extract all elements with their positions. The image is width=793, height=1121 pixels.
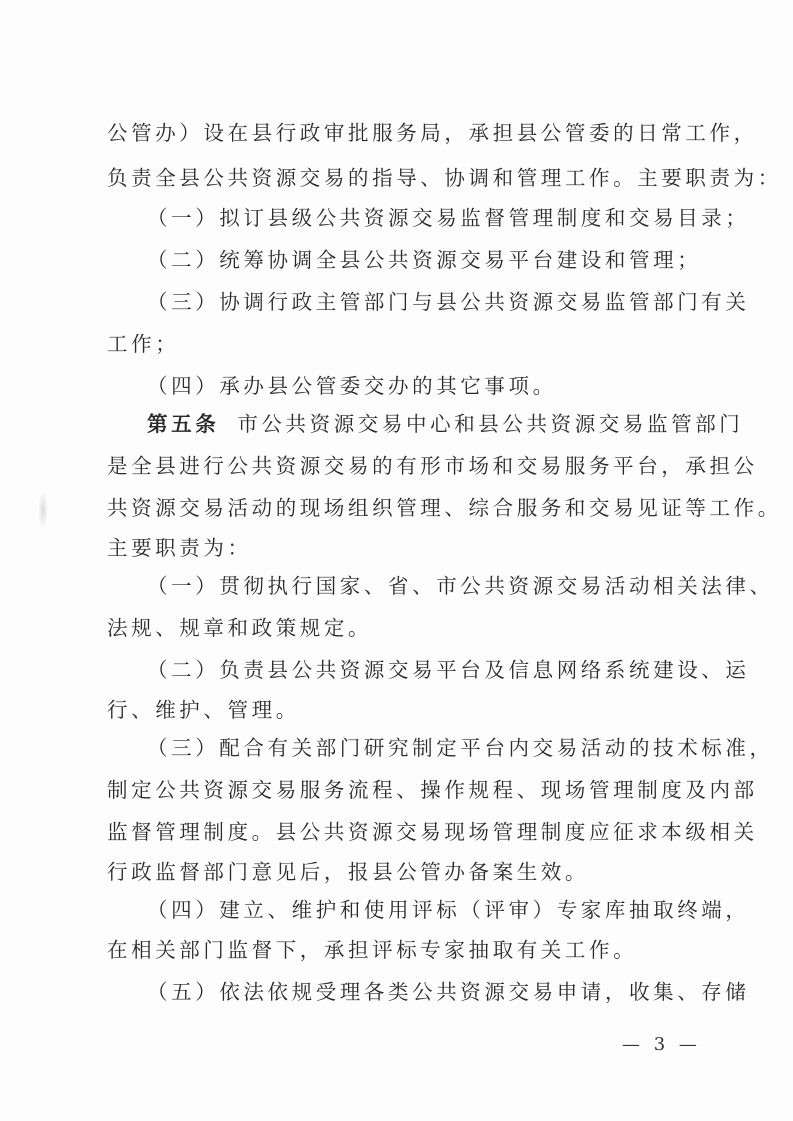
text-line: 主要职责为： <box>107 535 252 561</box>
text-line: 共资源交易活动的现场组织管理、综合服务和交易见证等工作。 <box>107 495 782 521</box>
text-line: 行政监督部门意见后，报县公管办备案生效。 <box>107 859 589 885</box>
text-line: 在相关部门监督下，承担评标专家抽取有关工作。 <box>107 937 637 963</box>
list-item: （一）贯彻执行国家、省、市公共资源交易活动相关法律、 <box>147 573 774 599</box>
page-number: — 3 — <box>622 1034 701 1055</box>
article-text: 市公共资源交易中心和县公共资源交易监管部门 <box>237 412 743 436</box>
list-item: （五）依法依规受理各类公共资源交易申请，收集、存储 <box>147 979 750 1005</box>
list-item: （三）配合有关部门研究制定平台内交易活动的技术标准， <box>147 735 774 761</box>
text-line: 负责全县公共资源交易的指导、协调和管理工作。主要职责为： <box>107 165 782 191</box>
article-heading: 第五条 <box>147 412 219 436</box>
list-item: （四）建立、维护和使用评标（评审）专家库抽取终端， <box>147 897 750 923</box>
text-line: 是全县进行公共资源交易的有形市场和交易服务平台，承担公 <box>107 453 758 479</box>
text-line: 公管办）设在县行政审批服务局，承担县公管委的日常工作， <box>107 120 758 146</box>
list-item: （二）统筹协调全县公共资源交易平台建设和管理； <box>147 247 701 273</box>
text-line: 监督管理制度。县公共资源交易现场管理制度应征求本级相关 <box>107 819 758 845</box>
document-page: 公管办）设在县行政审批服务局，承担县公管委的日常工作， 负责全县公共资源交易的指… <box>0 0 793 1121</box>
text-line: 制定公共资源交易服务流程、操作规程、现场管理制度及内部 <box>107 777 758 803</box>
text-line: 行、维护、管理。 <box>107 697 300 723</box>
article-heading-line: 第五条市公共资源交易中心和县公共资源交易监管部门 <box>147 411 743 437</box>
list-item: （一）拟订县级公共资源交易监督管理制度和交易目录； <box>147 205 750 231</box>
scan-margin-mark <box>38 490 48 530</box>
list-item: （二）负责县公共资源交易平台及信息网络系统建设、运 <box>147 657 750 683</box>
list-item: （三）协调行政主管部门与县公共资源交易监管部门有关 <box>147 289 750 315</box>
list-item: （四）承办县公管委交办的其它事项。 <box>147 373 557 399</box>
text-line: 工作； <box>107 331 179 357</box>
text-line: 法规、规章和政策规定。 <box>107 615 372 641</box>
